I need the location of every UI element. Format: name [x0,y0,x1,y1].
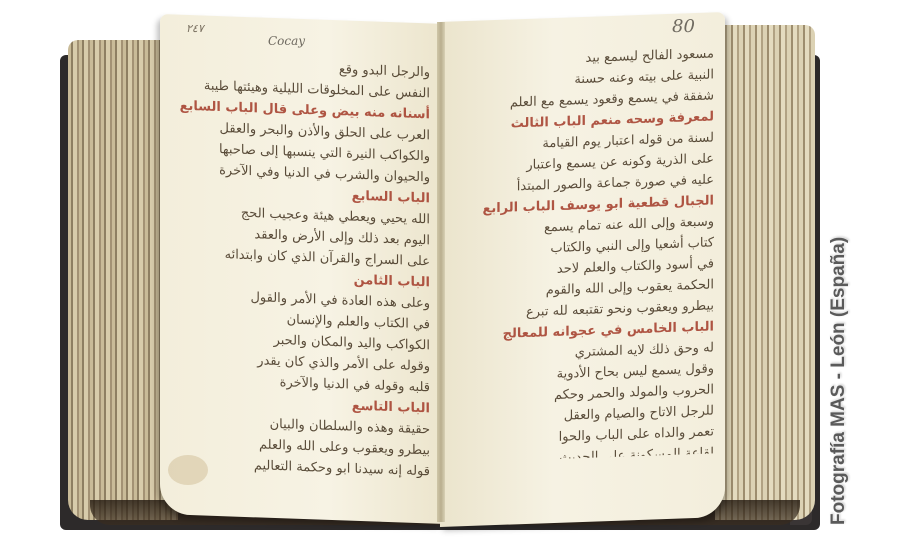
book-gutter [437,22,445,522]
left-page-text: والرجل البدو وقعالنفس على المخلوقات اللي… [180,54,430,483]
manuscript-photo: ٢٤٧ Cocay 80 والرجل البدو وقعالنفس على ا… [0,0,900,540]
margin-note-left: Cocay [268,34,305,48]
right-page-text: مسعود الفالح ليسمع بيدالنبية على بيته وع… [452,43,714,462]
margin-note-corner: ٢٤٧ [186,22,204,35]
photo-credit-watermark: Fotografía MAS - León (España) [828,237,850,525]
right-page-stack [715,25,815,520]
folio-number: 80 [672,16,695,37]
